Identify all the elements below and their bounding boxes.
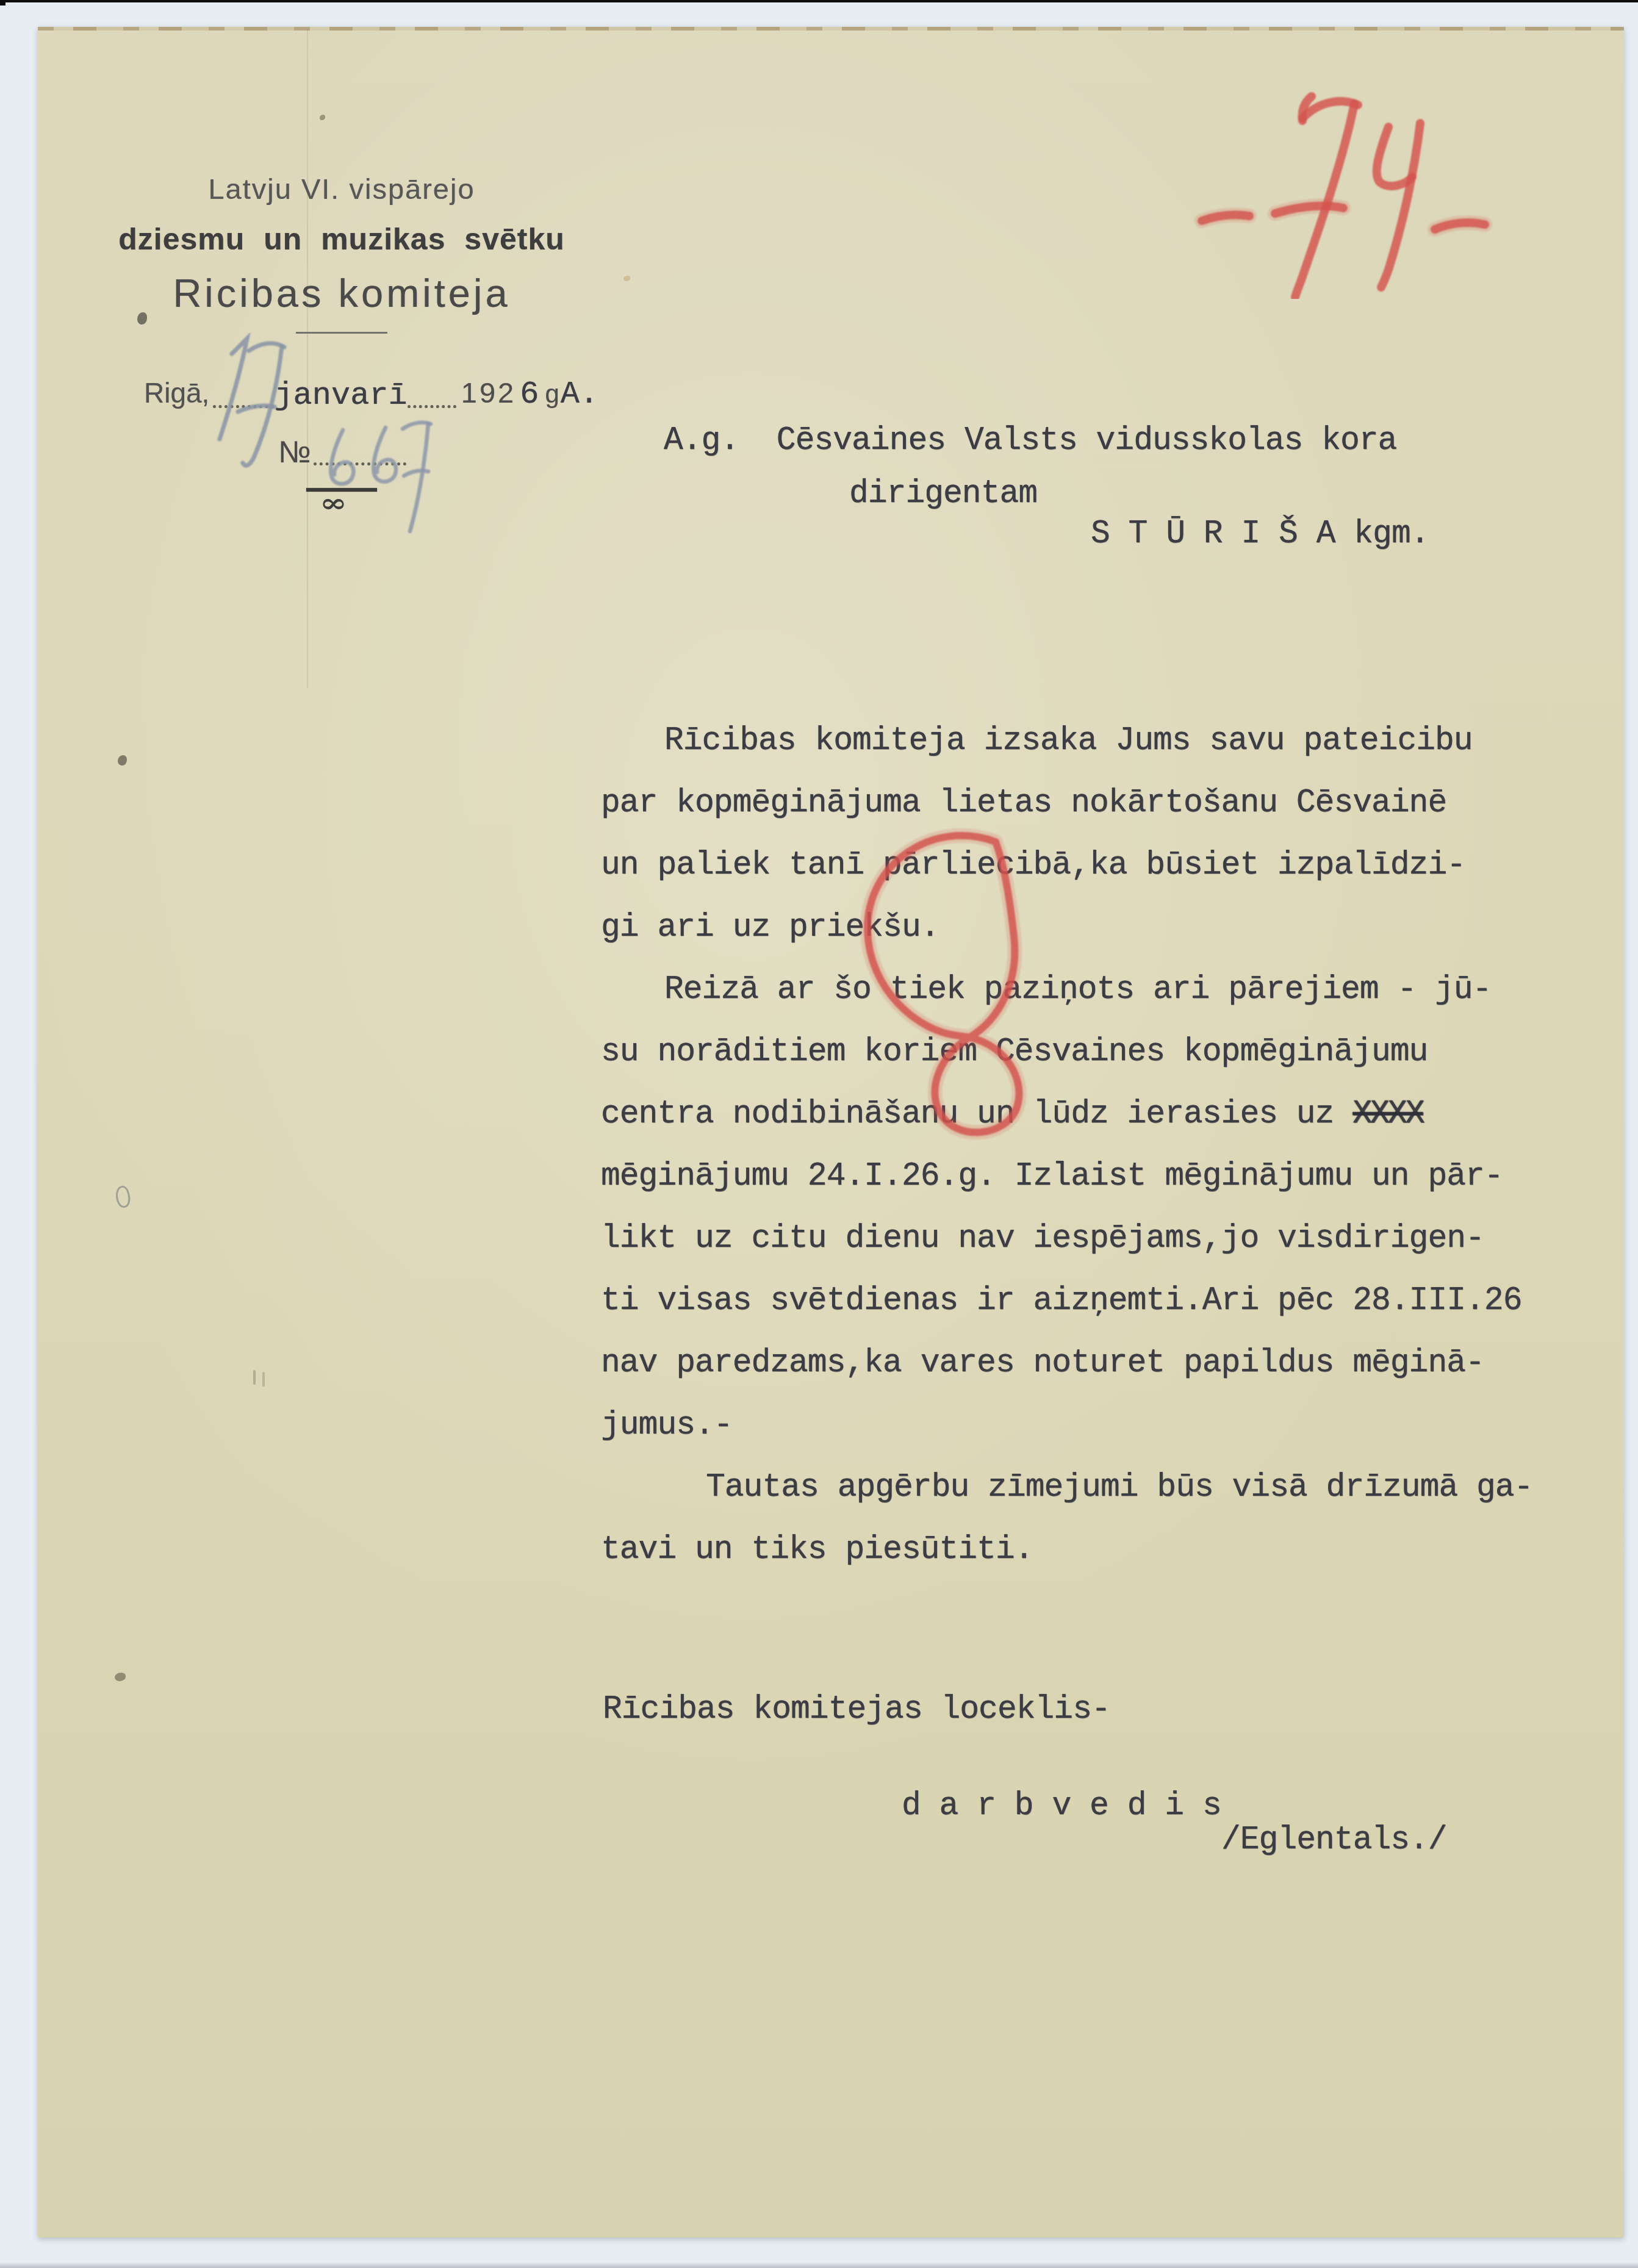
year-print: 192 <box>461 376 516 409</box>
recipient-name: S T Ū R I Š A kgm. <box>1091 515 1429 552</box>
place-label: Rigā, <box>144 376 209 409</box>
dotted-leader <box>314 462 406 465</box>
body-line: Rīcibas komiteja izsaka Jums savu pateic… <box>601 709 1577 772</box>
struck-out-text: XXXX <box>1352 1096 1423 1132</box>
typed-month: janvarī <box>274 378 407 414</box>
paper-crease <box>307 29 308 688</box>
typed-year-suffix: A. <box>561 376 598 412</box>
faint-mark <box>253 1370 256 1385</box>
body-line: Tautas apgērbu zīmejumi būs visā drīzumā… <box>601 1456 1577 1518</box>
typed-year-digit: 6 <box>520 376 539 412</box>
letterhead-line-2: dziesmu un muzikas svētku <box>104 221 580 257</box>
letterhead-line-1: Latvju VI. vispārejo <box>104 172 580 206</box>
body-line-text: centra nodibināšanu un lūdz ierasies uz <box>601 1096 1352 1132</box>
letterhead-ornament: ∞ <box>320 487 347 518</box>
body-line: nav paredzams,ka vares noturet papildus … <box>601 1332 1577 1394</box>
body-line: likt uz citu dienu nav iespējams,jo visd… <box>601 1207 1577 1269</box>
signature-role-line: Rīcibas komitejas loceklis- <box>603 1691 1110 1728</box>
letter-body: Rīcibas komiteja izsaka Jums savu pateic… <box>601 709 1577 1581</box>
dotted-leader <box>213 405 274 408</box>
letterhead: Latvju VI. vispārejo dziesmu un muzikas … <box>104 172 580 334</box>
body-line: par kopmēginājuma lietas nokārtošanu Cēs… <box>601 772 1577 834</box>
body-line: un paliek tanī pārliecibā,ka būsiet izpa… <box>601 834 1577 896</box>
numero-sign: № <box>278 434 311 470</box>
scan-edge-corner <box>0 0 5 5</box>
letterhead-rule <box>296 332 387 334</box>
body-line: gi ari uz priekšu. <box>601 896 1577 958</box>
recipient-line-1: A.g. Cēsvaines Valsts vidusskolas kora <box>664 422 1396 459</box>
body-line: Reizā ar šo tiek paziņots ari pārejiem -… <box>601 958 1577 1021</box>
body-line: mēginājumu 24.I.26.g. Izlaist mēginājumu… <box>601 1145 1577 1207</box>
signature-name: /Eglentals./ <box>1221 1821 1447 1858</box>
body-line: ti visas svētdienas ir aizņemti.Ari pēc … <box>601 1269 1577 1332</box>
year-g-label: g <box>545 379 559 409</box>
body-line: jumus.- <box>601 1394 1577 1456</box>
dotted-leader <box>408 405 456 408</box>
letterhead-line-3: Ricibas komiteja <box>104 270 580 316</box>
signature-title: d a r b v e d i s <box>902 1787 1221 1824</box>
body-line: su norāditiem koriem Cēsvaines kopmēginā… <box>601 1021 1577 1083</box>
date-line: Rigā, janvarī 192 6 g A. <box>144 376 598 412</box>
scan-edge-bottom <box>0 2262 1638 2268</box>
body-line: centra nodibināšanu un lūdz ierasies uz … <box>601 1083 1577 1145</box>
register-number-line: № <box>278 434 406 470</box>
scan-edge-top <box>0 0 1638 2</box>
scanned-letter-page: Latvju VI. vispārejo dziesmu un muzikas … <box>0 0 1638 2268</box>
recipient-line-2: dirigentam <box>849 475 1037 512</box>
body-line: tavi un tiks piesūtiti. <box>601 1518 1577 1581</box>
